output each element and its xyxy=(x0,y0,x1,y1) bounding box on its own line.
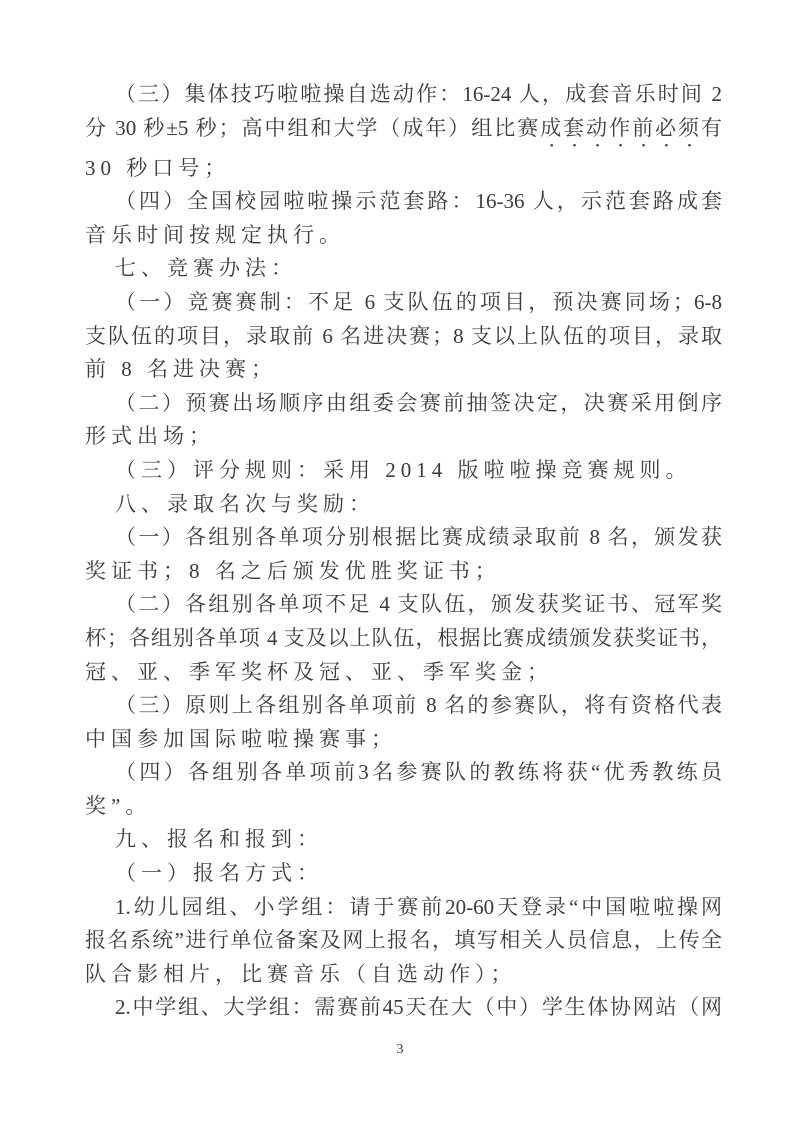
text-segment: 中国参加国际啦啦操赛事； xyxy=(85,727,397,751)
text-line: （四）各组别各单项前3名参赛队的教练将获“优秀教练员 xyxy=(85,756,722,790)
text-segment: （二）预赛出场顺序由组委会赛前抽签决定，决赛采用倒序 xyxy=(115,391,722,415)
text-segment: 奖”。 xyxy=(85,794,151,818)
text-line: 七、竞赛办法： xyxy=(85,252,722,286)
text-line: 杯；各组别各单项 4 支及以上队伍，根据比赛成绩颁发获奖证书， xyxy=(85,622,722,656)
text-line: 奖证书；8 名之后颁发优胜奖证书； xyxy=(85,555,722,589)
text-segment: （一）各组别各单项分别根据比赛成绩录取前 8 名，颁发获 xyxy=(115,525,722,549)
text-line: 分 30 秒±5 秒；高中组和大学（成年）组比赛成套动作前必须有 xyxy=(85,112,722,152)
text-segment: 音乐时间按规定执行。 xyxy=(85,223,345,247)
text-segment: 报名系统”进行单位备案及网上报名，填写相关人员信息，上传全 xyxy=(85,928,722,952)
text-segment: 前 8 名进决赛； xyxy=(85,357,277,381)
text-line: （二）各组别各单项不足 4 支队伍，颁发获奖证书、冠军奖 xyxy=(85,588,722,622)
text-line: 八、录取名次与奖励： xyxy=(85,488,722,522)
text-segment: 分 30 秒±5 秒；高中组和大学（成年）组比赛 xyxy=(85,116,540,140)
text-segment: 九、报名和报到： xyxy=(115,827,323,851)
text-segment: 2.中学组、大学组：需赛前45天在大（中）学生体协网站（网 xyxy=(115,995,722,1019)
text-line: 支队伍的项目，录取前 6 名进决赛；8 支以上队伍的项目，录取 xyxy=(85,320,722,354)
text-line: 1.幼儿园组、小学组：请于赛前20-60天登录“中国啦啦操网 xyxy=(85,891,722,925)
text-line: （一）竞赛赛制：不足 6 支队伍的项目，预决赛同场；6-8 xyxy=(85,286,722,320)
text-line: 前 8 名进决赛； xyxy=(85,353,722,387)
text-line: 奖”。 xyxy=(85,790,722,824)
text-segment: 形式出场； xyxy=(85,424,215,448)
text-segment: （二）各组别各单项不足 4 支队伍，颁发获奖证书、冠军奖 xyxy=(115,592,722,616)
text-line: 2.中学组、大学组：需赛前45天在大（中）学生体协网站（网 xyxy=(85,991,722,1025)
text-segment: （四）各组别各单项前3名参赛队的教练将获“优秀教练员 xyxy=(115,760,722,784)
text-segment: （一）报名方式： xyxy=(115,861,323,885)
text-line: 队合影相片，比赛音乐（自选动作）； xyxy=(85,958,722,992)
text-segment: （一）竞赛赛制：不足 6 支队伍的项目，预决赛同场；6-8 xyxy=(115,290,722,314)
text-segment: （三）集体技巧啦啦操自选动作：16-24 人，成套音乐时间 2 xyxy=(115,82,722,106)
text-line: 中国参加国际啦啦操赛事； xyxy=(85,723,722,757)
text-segment: 八、录取名次与奖励： xyxy=(115,492,375,516)
emphasized-text: 成套动作前必须 xyxy=(540,116,701,140)
text-line: 音乐时间按规定执行。 xyxy=(85,219,722,253)
text-line: 报名系统”进行单位备案及网上报名，填写相关人员信息，上传全 xyxy=(85,924,722,958)
text-line: 冠、亚、季军奖杯及冠、亚、季军奖金； xyxy=(85,656,722,690)
text-line: （一）报名方式： xyxy=(85,857,722,891)
text-line: （三）原则上各组别各单项前 8 名的参赛队，将有资格代表 xyxy=(85,689,722,723)
document-body: （三）集体技巧啦啦操自选动作：16-24 人，成套音乐时间 2分 30 秒±5 … xyxy=(85,78,722,1025)
text-line: 30 秒口号； xyxy=(85,152,722,186)
text-line: （三）评分规则：采用 2014 版啦啦操竞赛规则。 xyxy=(85,454,722,488)
text-line: 形式出场； xyxy=(85,420,722,454)
text-segment: （四）全国校园啦啦操示范套路：16-36 人，示范套路成套 xyxy=(115,189,722,213)
text-segment: 队合影相片，比赛音乐（自选动作）； xyxy=(85,962,517,986)
text-line: （一）各组别各单项分别根据比赛成绩录取前 8 名，颁发获 xyxy=(85,521,722,555)
text-segment: （三）评分规则：采用 2014 版啦啦操竞赛规则。 xyxy=(115,458,692,482)
text-line: （四）全国校园啦啦操示范套路：16-36 人，示范套路成套 xyxy=(85,185,722,219)
text-segment: 奖证书；8 名之后颁发优胜奖证书； xyxy=(85,559,501,583)
text-segment: 杯；各组别各单项 4 支及以上队伍，根据比赛成绩颁发获奖证书， xyxy=(85,626,722,650)
text-line: （二）预赛出场顺序由组委会赛前抽签决定，决赛采用倒序 xyxy=(85,387,722,421)
text-segment: 支队伍的项目，录取前 6 名进决赛；8 支以上队伍的项目，录取 xyxy=(85,324,722,348)
text-line: 九、报名和报到： xyxy=(85,823,722,857)
text-segment: 有 xyxy=(701,116,722,140)
text-segment: 30 秒口号； xyxy=(85,156,230,180)
text-segment: 七、竞赛办法： xyxy=(115,256,297,280)
page-container: （三）集体技巧啦啦操自选动作：16-24 人，成套音乐时间 2分 30 秒±5 … xyxy=(0,0,800,1133)
text-line: （三）集体技巧啦啦操自选动作：16-24 人，成套音乐时间 2 xyxy=(85,78,722,112)
text-segment: 1.幼儿园组、小学组：请于赛前20-60天登录“中国啦啦操网 xyxy=(115,895,722,919)
page-number: 3 xyxy=(0,1042,800,1058)
text-segment: （三）原则上各组别各单项前 8 名的参赛队，将有资格代表 xyxy=(115,693,722,717)
text-segment: 冠、亚、季军奖杯及冠、亚、季军奖金； xyxy=(85,660,553,684)
